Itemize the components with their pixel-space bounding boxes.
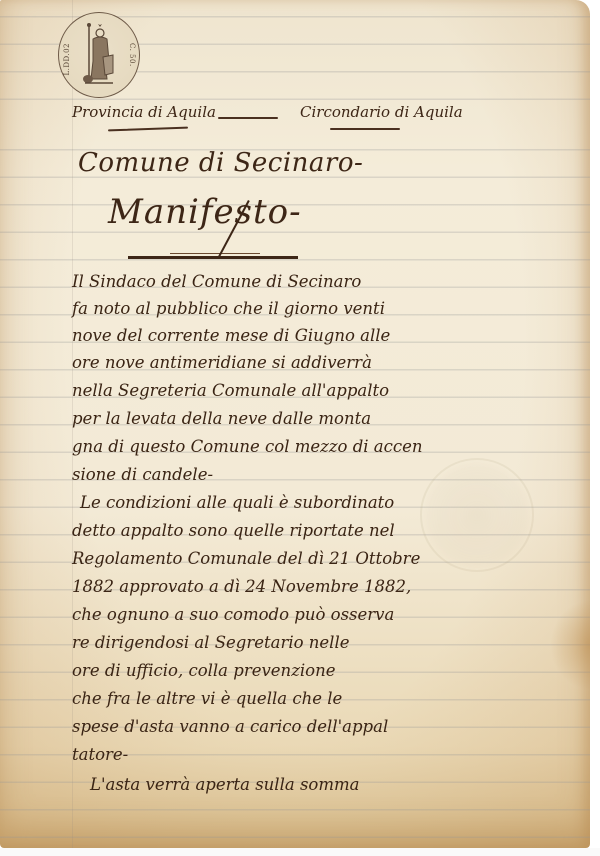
scan-border — [0, 848, 600, 856]
body-line: nove del corrente mese di Giugno alle — [72, 326, 390, 345]
title-underline — [128, 256, 298, 259]
body-line: ore nove antimeridiane si addiverrà — [72, 353, 372, 372]
header-flourish — [218, 117, 278, 119]
stamp-label-left: L.DD.02 — [63, 43, 71, 75]
document-page: L.DD.02 C. 50. Provincia di Aquila Circo… — [0, 0, 590, 848]
revenue-stamp: L.DD.02 C. 50. — [58, 12, 140, 98]
body-line: sione di candele- — [72, 465, 213, 484]
faded-seal-stamp — [420, 458, 534, 572]
body-line: Regolamento Comunale del dì 21 Ottobre — [72, 549, 420, 568]
body-line: spese d'asta vanno a carico dell'appal — [72, 717, 388, 736]
body-line: tatore- — [72, 745, 128, 764]
title-comune: Comune di Secinaro- — [78, 148, 363, 178]
title-underline — [170, 253, 260, 254]
body-line: ore di ufficio, colla prevenzione — [72, 661, 335, 680]
seated-allegorical-figure-icon — [83, 21, 115, 87]
body-line: gna di questo Comune col mezzo di accen — [72, 437, 423, 456]
body-line: 1882 approvato a dì 24 Novembre 1882, — [72, 577, 411, 596]
header-flourish — [108, 127, 188, 132]
paper-stain — [550, 600, 590, 690]
body-line: detto appalto sono quelle riportate nel — [72, 521, 395, 540]
body-line: re dirigendosi al Segretario nelle — [72, 633, 350, 652]
body-line: che fra le altre vi è quella che le — [72, 689, 342, 708]
header-circondario: Circondario di Aquila — [300, 103, 463, 121]
body-line: fa noto al pubblico che il giorno venti — [72, 299, 385, 318]
body-line: Le condizioni alle quali è subordinato — [80, 493, 394, 512]
header-provincia: Provincia di Aquila — [72, 103, 216, 121]
body-line: per la levata della neve dalle monta — [72, 409, 371, 428]
stamp-label-right: C. 50. — [128, 43, 136, 67]
header-flourish — [330, 128, 400, 130]
body-line: Il Sindaco del Comune di Secinaro — [72, 272, 361, 291]
body-line: che ognuno a suo comodo può osserva — [72, 605, 394, 624]
body-line: nella Segreteria Comunale all'appalto — [72, 381, 389, 400]
body-line: L'asta verrà aperta sulla somma — [90, 775, 359, 794]
page-title: Manifesto- — [108, 192, 302, 232]
